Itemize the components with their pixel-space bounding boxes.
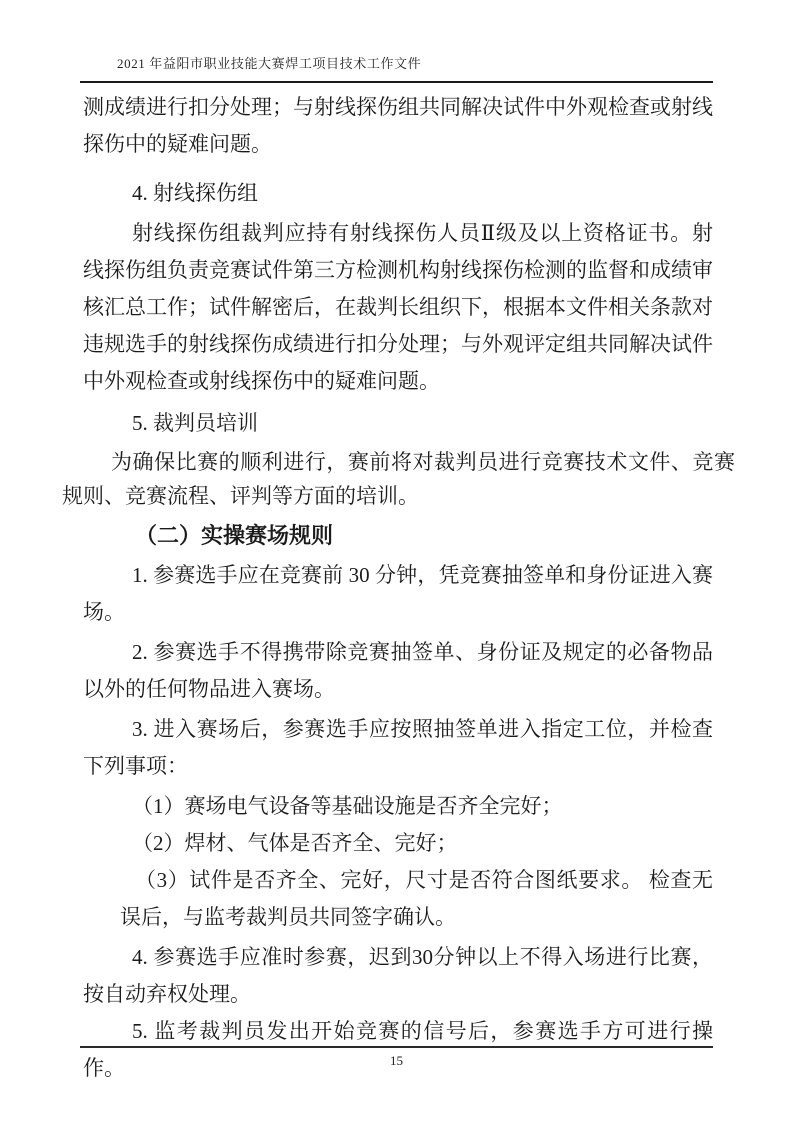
body-paragraph-judge-training: 为确保比赛的顺利进行，赛前将对裁判员进行竞赛技术文件、竞赛规则、竞赛流程、评判等… [62, 445, 735, 513]
check-item-3: （3）试件是否齐全、完好，尺寸是否符合图纸要求。 检查无误后，与监考裁判员共同签… [120, 862, 713, 936]
rule-item-4: 4. 参赛选手应准时参赛，迟到30分钟以上不得入场进行比赛，按自动弃权处理。 [83, 939, 713, 1013]
section-heading-practical-rules: （二）实操赛场规则 [83, 517, 713, 554]
check-item-2: （2）焊材、气体是否齐全、完好； [83, 825, 713, 862]
document-page: 2021 年益阳市职业技能大赛焊工项目技术工作文件 测成绩进行扣分处理；与射线探… [0, 0, 793, 1123]
rule-item-1: 1. 参赛选手应在竞赛前 30 分钟，凭竞赛抽签单和身份证进入赛场。 [83, 557, 713, 631]
rule-item-3: 3. 进入赛场后，参赛选手应按照抽签单进入指定工位，并检查下列事项： [83, 711, 713, 785]
page-header-title: 2021 年益阳市职业技能大赛焊工项目技术工作文件 [117, 53, 421, 72]
rule-item-2: 2. 参赛选手不得携带除竞赛抽签单、身份证及规定的必备物品以外的任何物品进入赛场… [83, 634, 713, 708]
check-item-1: （1）赛场电气设备等基础设施是否齐全完好； [83, 788, 713, 825]
rule-item-5: 5. 监考裁判员发出开始竞赛的信号后，参赛选手方可进行操作。 [83, 1013, 713, 1087]
clause-heading-judge-training: 5. 裁判员培训 [83, 405, 713, 442]
page-number: 15 [80, 1053, 713, 1069]
footer-rule [80, 1046, 713, 1048]
clause-heading-radiographic-group: 4. 射线探伤组 [83, 175, 713, 212]
body-paragraph-radiographic-group: 射线探伤组裁判应持有射线探伤人员Ⅱ级及以上资格证书。射线探伤组负责竞赛试件第三方… [83, 215, 713, 400]
document-body: 测成绩进行扣分处理；与射线探伤组共同解决试件中外观检查或射线探伤中的疑难问题。 … [83, 89, 713, 1087]
header-rule [80, 81, 713, 83]
body-paragraph-continued: 测成绩进行扣分处理；与射线探伤组共同解决试件中外观检查或射线探伤中的疑难问题。 [83, 89, 713, 163]
